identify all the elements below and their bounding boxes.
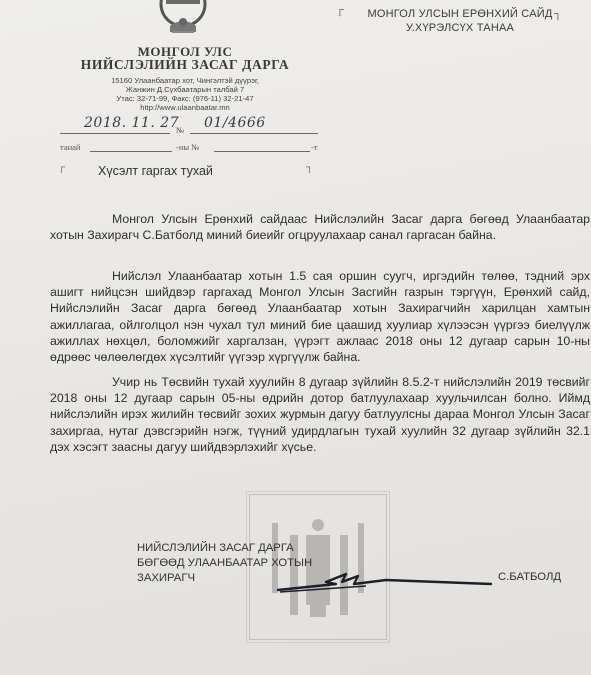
- handwritten-signature-icon: [276, 568, 496, 603]
- recipient-line2: У.ХҮРЭЛСҮХ ТАНАА: [340, 22, 580, 34]
- signatory-title-line1: НИЙСЛЭЛИЙН ЗАСАГ ДАРГА: [137, 541, 294, 555]
- letter-page: МОНГОЛ УЛС НИЙСЛЭЛИЙН ЗАСАГ ДАРГА 15160 …: [0, 0, 591, 675]
- your-no-underline: [214, 151, 310, 152]
- your-ref-underline: [90, 151, 172, 152]
- paragraph-1: Монгол Улсын Ерөнхий сайдаас Нийслэлийн …: [50, 211, 590, 243]
- letter-number: 01/4666: [204, 115, 266, 131]
- address-line: Жанжин Д.Сүхбаатарын талбай 7: [80, 85, 290, 94]
- number-underline: [190, 133, 318, 134]
- signatory-title-line3: ЗАХИРАГЧ: [137, 571, 195, 585]
- letter-date: 2018. 11. 27: [84, 115, 179, 131]
- date-underline: [60, 133, 170, 134]
- subject-bracket-right: ┐: [306, 162, 313, 173]
- signatory-name: С.БАТБОЛД: [498, 571, 561, 583]
- state-emblem-icon: [152, 0, 214, 38]
- paragraph-3: Учир нь Төсвийн тухай хуулийн 8 дугаар з…: [50, 374, 590, 455]
- website-line: http://www.ulaanbaatar.mn: [80, 103, 290, 112]
- org-name-line2: НИЙСЛЭЛИЙН ЗАСАГ ДАРГА: [55, 57, 315, 73]
- recipient-line1: МОНГОЛ УЛСЫН ЕРӨНХИЙ САЙД: [340, 8, 580, 20]
- address-line: 15160 Улаанбаатар хот, Чингэлтэй дүүрэг,: [80, 76, 290, 85]
- phone-fax-line: Утас: 32-71-99, Факс: (976-11) 32-21-47: [80, 94, 290, 103]
- subject-line: Хүсэлт гаргах тухай: [98, 164, 213, 178]
- paragraph-2: Нийслэл Улаанбаатар хотын 1.5 сая оршин …: [50, 268, 590, 365]
- subject-bracket-left: ┌: [58, 162, 65, 173]
- your-ref-label: танай: [60, 142, 80, 152]
- suffix-label: -т: [311, 142, 318, 152]
- number-label: №: [176, 125, 184, 135]
- your-no-label: -ны №: [176, 142, 199, 152]
